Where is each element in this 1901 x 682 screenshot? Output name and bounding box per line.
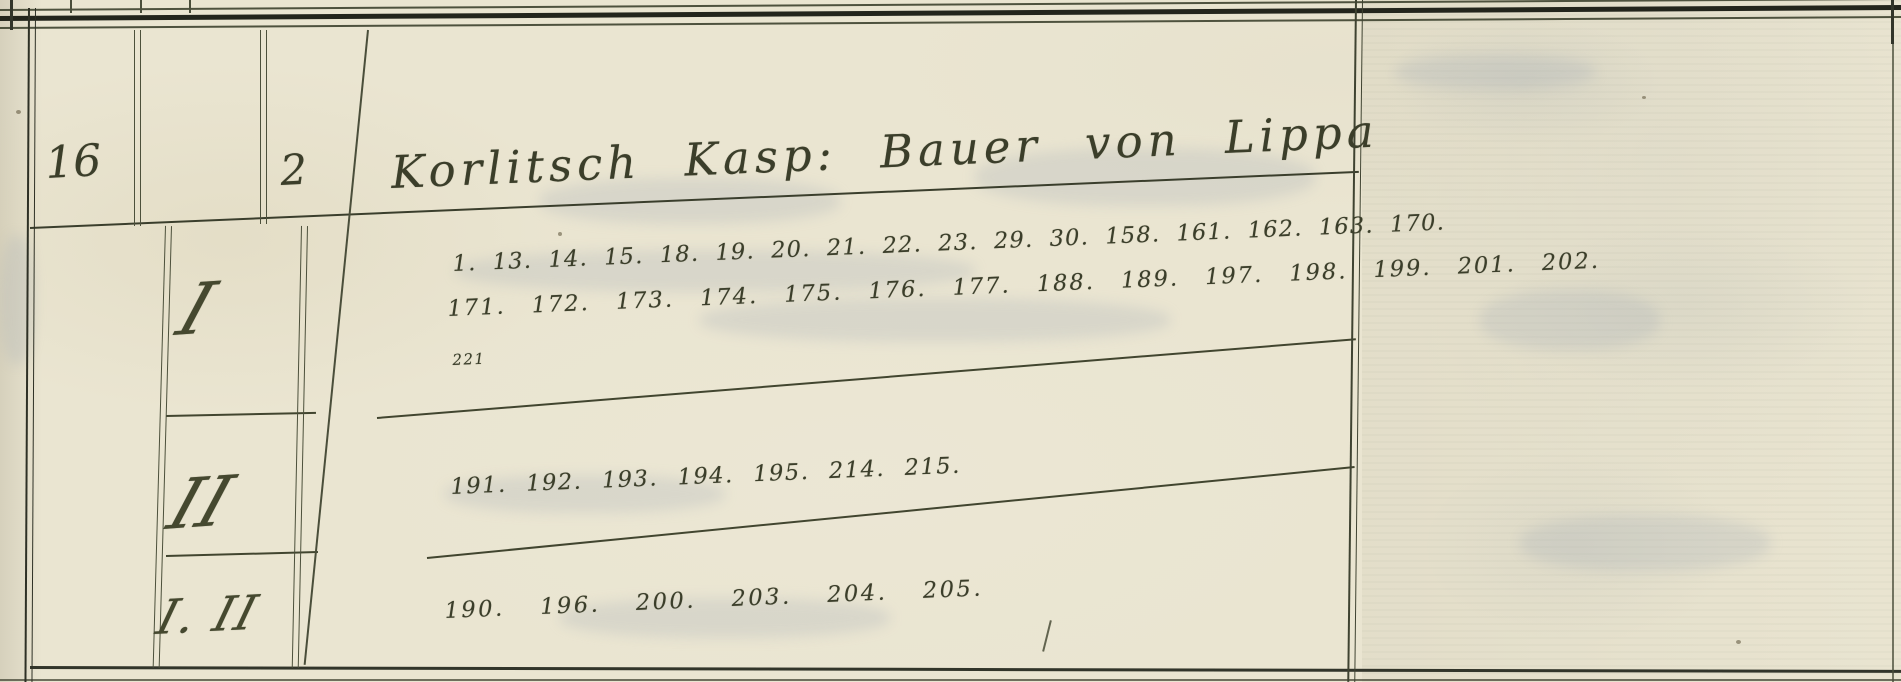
- paper-smudge: [1480, 290, 1660, 350]
- ink-speck: [1642, 96, 1646, 99]
- quantity-value: 2: [279, 145, 308, 195]
- table-border-right: [1892, 0, 1894, 682]
- table-rule-stub: [189, 0, 191, 13]
- ink-speck: [16, 110, 21, 114]
- table-border-right-stub: [1891, 0, 1894, 44]
- table-rule-roman-column-right: [292, 226, 308, 668]
- section-label-1: I: [168, 266, 225, 352]
- entry-number: 16: [44, 135, 103, 189]
- paper-smudge: [1520, 515, 1770, 571]
- ink-speck: [1736, 640, 1741, 644]
- table-rule-numbers-divider-1: [377, 338, 1356, 419]
- ink-speck: [558, 232, 562, 236]
- table-rule-col-b: [260, 30, 267, 224]
- ledger-page-scan: 16 2 Korlitsch Kasp: Bauer von Lippa I 1…: [0, 0, 1901, 682]
- table-border-left: [24, 8, 36, 682]
- stray-pen-stroke: [1042, 620, 1052, 652]
- table-rule-numbers-column-left: [304, 30, 370, 665]
- table-rule-stub: [140, 0, 142, 13]
- section-label-2: II: [159, 460, 243, 546]
- table-rule-name-column-right: [1347, 0, 1363, 682]
- table-rule-bottom-edge: [0, 679, 1901, 681]
- section-1-numbers-line-3: 221: [452, 350, 486, 369]
- table-rule-roman-divider-1: [166, 412, 316, 417]
- section-label-3: I. II: [151, 585, 265, 646]
- paper-smudge: [1395, 55, 1595, 89]
- table-rule-stub: [10, 0, 13, 30]
- table-rule-stub: [70, 0, 72, 13]
- table-rule-col-a: [134, 30, 141, 226]
